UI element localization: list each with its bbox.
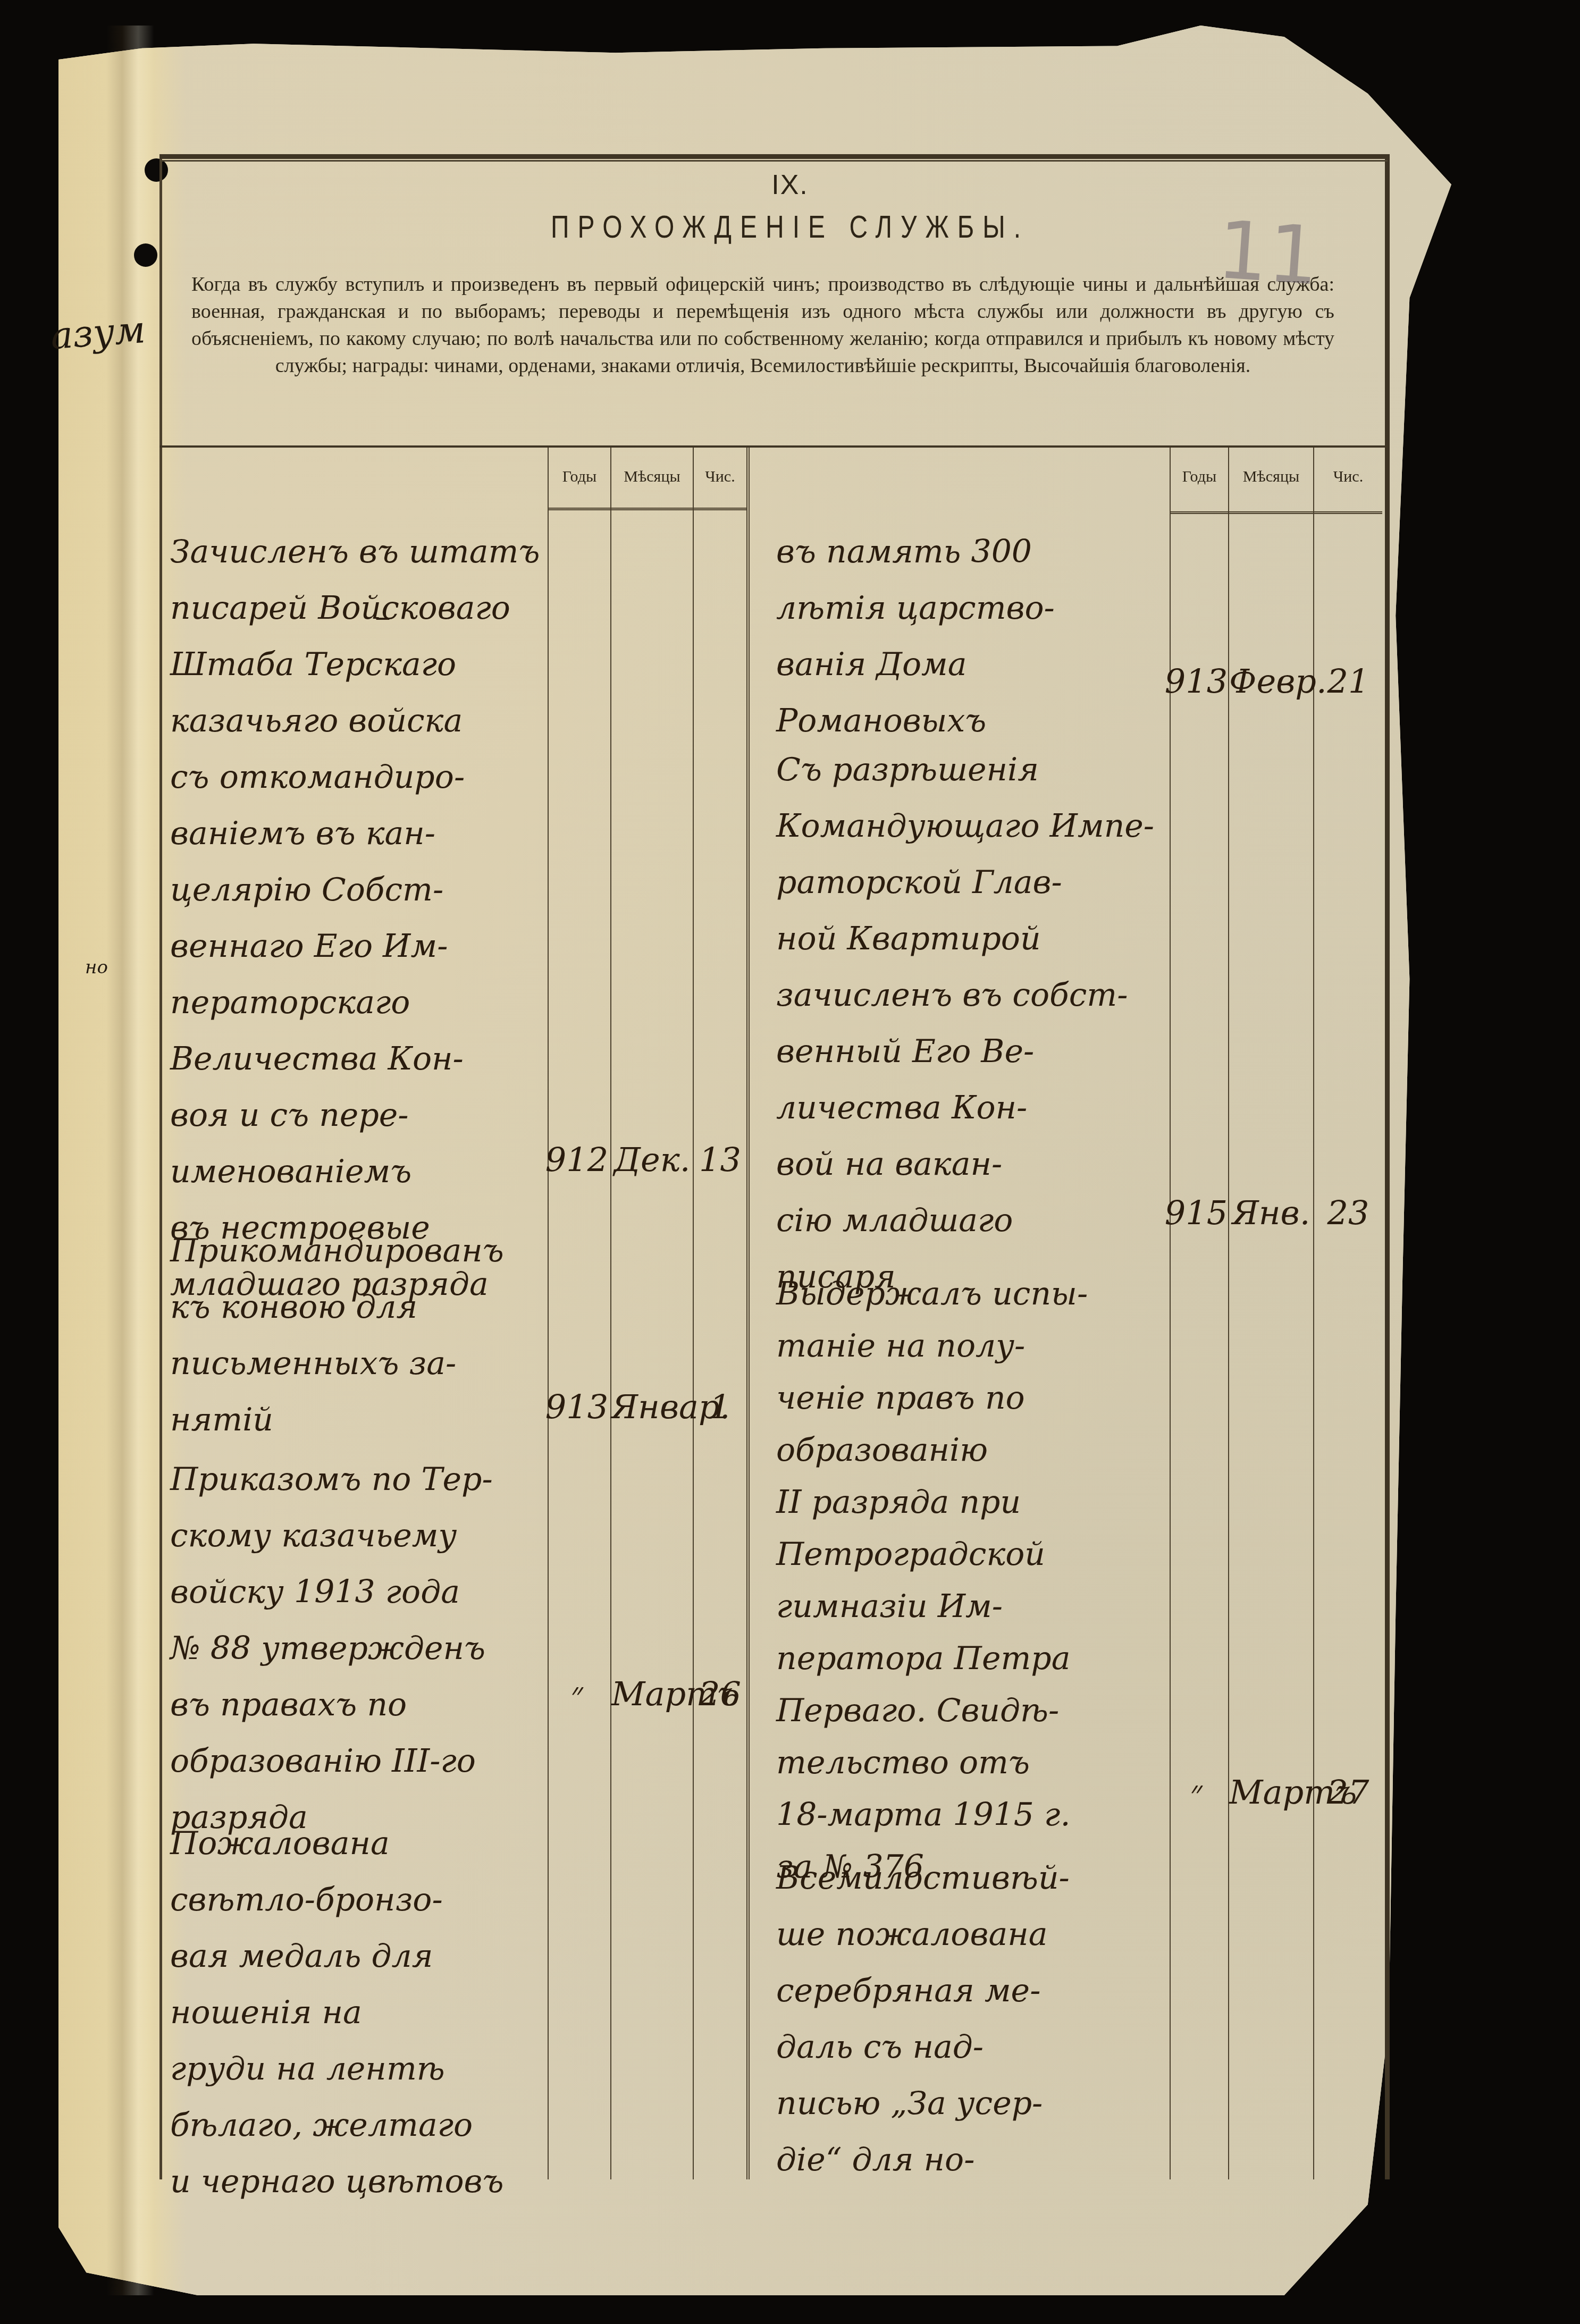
service-entry-text: Выдержалъ испы- таніе на полу- ченіе пра… (776, 1268, 1164, 1893)
entry-day: 1 (694, 1387, 746, 1426)
entry-year: 913 (1164, 662, 1228, 701)
entry-year: ״ (1164, 1773, 1228, 1812)
entry-day: 13 (694, 1140, 746, 1179)
right-months-divider (1228, 448, 1229, 2179)
center-divider (746, 448, 750, 2179)
punch-hole-icon (134, 243, 157, 267)
page-title: ПРОХОЖДЕНІЕ СЛУЖБЫ. (0, 209, 1580, 246)
right-days-header: Чис. (1314, 468, 1382, 486)
right-header-rule (1171, 511, 1382, 514)
service-entry-text: Пожалована свѣтло-бронзо- вая медаль для… (170, 1815, 542, 2210)
entry-month: Мартъ (611, 1674, 693, 1713)
left-days-divider (693, 448, 694, 2179)
entry-dash: – (375, 598, 391, 635)
left-years-header: Годы (549, 468, 610, 486)
right-days-divider (1313, 448, 1314, 2179)
paper-fold (106, 26, 154, 2295)
entry-month: Дек. (611, 1140, 693, 1179)
right-years-divider (1170, 448, 1171, 2179)
frame-top-rule (159, 154, 1388, 162)
pencil-page-number: 11 (1214, 204, 1322, 304)
entry-year: ״ (542, 1674, 611, 1714)
entry-month: Янв. (1229, 1193, 1313, 1232)
margin-note-small: но (85, 957, 108, 978)
service-entry-text: Съ разрѣшенія Командующаго Импе- раторск… (776, 742, 1164, 1305)
entry-year: 915 (1164, 1193, 1228, 1232)
entry-month: Январ. (611, 1387, 693, 1426)
entry-year: 913 (542, 1387, 611, 1426)
right-years-header: Годы (1171, 468, 1228, 486)
margin-note-left: азум (49, 308, 147, 358)
header-divider (159, 445, 1388, 448)
left-months-divider (610, 448, 611, 2179)
left-days-header: Чис. (694, 468, 746, 486)
service-entry-text: Прикомандированъ къ конвою для письменны… (170, 1223, 542, 1448)
service-entry-text: въ память 300 лѣтія царство- ванія Дома … (776, 524, 1164, 749)
entry-day: 26 (694, 1674, 746, 1713)
service-entry-text: Зачисленъ въ штатъ писарей Войсковаго Шт… (170, 524, 542, 1312)
right-months-header: Мѣсяцы (1229, 468, 1313, 486)
section-number: IX. (0, 169, 1580, 201)
entry-day: 27 (1314, 1773, 1382, 1812)
entry-day: 23 (1314, 1193, 1382, 1232)
entry-year: 912 (542, 1140, 611, 1179)
left-years-divider (548, 448, 549, 2179)
entry-day: 21 (1314, 662, 1382, 701)
left-header-rule (549, 508, 746, 510)
service-entry-text: Приказомъ по Тер- скому казачьему войску… (170, 1451, 542, 1846)
form-instructions: Когда въ службу вступилъ и произведенъ в… (191, 271, 1334, 380)
entry-month: Февр. (1229, 662, 1313, 701)
service-entry-text: Всемилостивѣй- ше пожалована серебряная … (776, 1850, 1164, 2188)
entry-month: Мартъ (1229, 1773, 1313, 1812)
left-months-header: Мѣсяцы (611, 468, 693, 486)
